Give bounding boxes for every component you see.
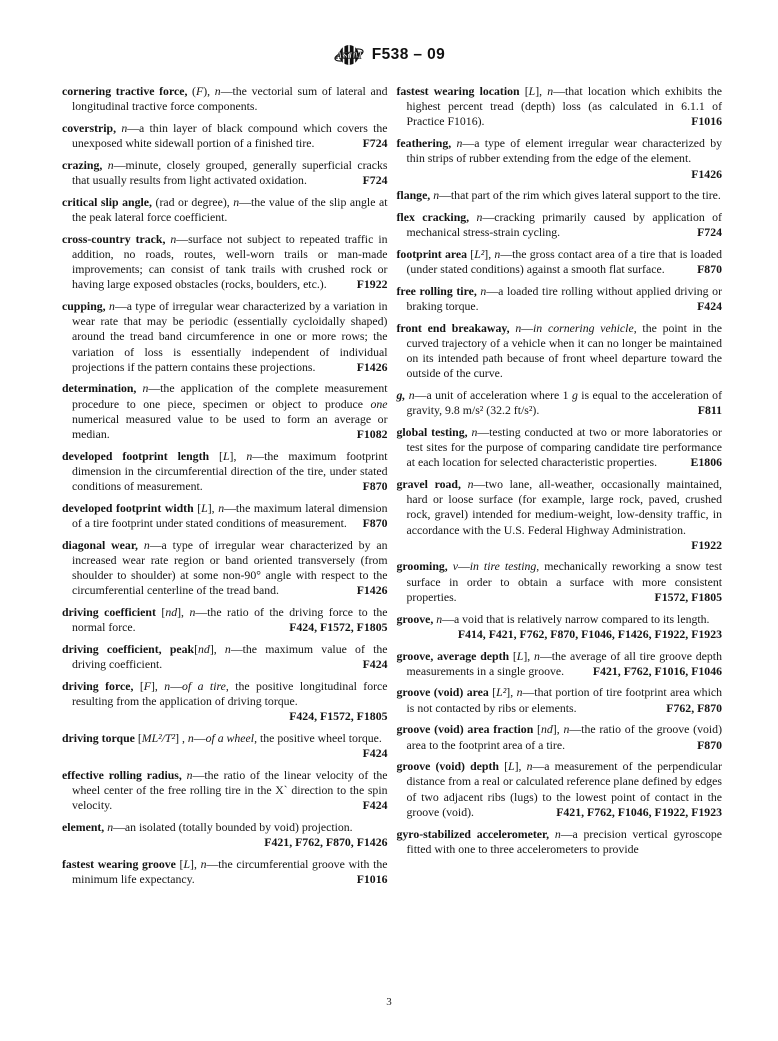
definition-entry: groove (void) depth [L], n—a measurement… bbox=[397, 759, 723, 820]
definition-text: groove (void) area fraction [nd], n—the … bbox=[397, 722, 723, 751]
definition-text: feathering, n—a type of element irregula… bbox=[397, 136, 723, 165]
svg-text:ASTM: ASTM bbox=[335, 51, 362, 61]
definition-text: front end breakaway, n—in cornering vehi… bbox=[397, 321, 723, 381]
definition-entry: flange, n—that part of the rim which giv… bbox=[397, 188, 723, 203]
definition-entry: developed footprint length [L], n—the ma… bbox=[62, 449, 388, 495]
reference-code: F870 bbox=[697, 262, 722, 277]
reference-code: F1016 bbox=[691, 114, 722, 129]
standard-designation: F538 – 09 bbox=[372, 46, 445, 64]
definition-entry: global testing, n—testing conducted at t… bbox=[397, 425, 723, 471]
definition-text: developed footprint length [L], n—the ma… bbox=[62, 449, 388, 493]
definition-text: critical slip angle, (rad or degree), n—… bbox=[62, 195, 388, 224]
definition-entry: g, n—a unit of acceleration where 1 g is… bbox=[397, 388, 723, 418]
definition-entry: gyro-stabilized accelerometer, n—a preci… bbox=[397, 827, 723, 857]
definition-text: effective rolling radius, n—the ratio of… bbox=[62, 768, 388, 812]
definition-entry: diagonal wear, n—a type of irregular wea… bbox=[62, 538, 388, 599]
reference-code: F762, F870 bbox=[666, 701, 722, 716]
definition-entry: determination, n—the application of the … bbox=[62, 381, 388, 442]
definition-entry: driving force, [F], n—of a tire, the pos… bbox=[62, 679, 388, 725]
reference-code: F1922 bbox=[357, 277, 388, 292]
reference-code: E1806 bbox=[691, 455, 722, 470]
reference-code: F724 bbox=[363, 173, 388, 188]
definition-entry: coverstrip, n—a thin layer of black comp… bbox=[62, 121, 388, 151]
definition-text: footprint area [L²], n—the gross contact… bbox=[397, 247, 723, 276]
definition-entry: effective rolling radius, n—the ratio of… bbox=[62, 768, 388, 814]
reference-code: F724 bbox=[363, 136, 388, 151]
reference-code: F870 bbox=[363, 516, 388, 531]
definition-text: cornering tractive force, (F), n—the vec… bbox=[62, 84, 388, 113]
definition-entry: cupping, n—a type of irregular wear char… bbox=[62, 299, 388, 375]
reference-code: F424, F1572, F1805 bbox=[289, 620, 387, 635]
definition-entry: footprint area [L²], n—the gross contact… bbox=[397, 247, 723, 277]
definition-text: gravel road, n—two lane, all-weather, oc… bbox=[397, 477, 723, 537]
definition-text: flange, n—that part of the rim which giv… bbox=[397, 188, 721, 202]
reference-code: F1572, F1805 bbox=[655, 590, 723, 605]
page-number: 3 bbox=[0, 996, 778, 1008]
definition-text: driving torque [ML²/T²] , n—of a wheel, … bbox=[62, 731, 382, 745]
definition-entry: grooming, v—in tire testing, mechanicall… bbox=[397, 559, 723, 605]
definition-text: fastest wearing location [L], n—that loc… bbox=[397, 84, 723, 128]
definition-entry: gravel road, n—two lane, all-weather, oc… bbox=[397, 477, 723, 553]
astm-logo-icon: ASTM bbox=[333, 42, 365, 68]
reference-code: F811 bbox=[698, 403, 722, 418]
reference-code: F1016 bbox=[357, 872, 388, 887]
definition-text: flex cracking, n—cracking primarily caus… bbox=[397, 210, 723, 239]
reference-code: F421, F762, F1046, F1922, F1923 bbox=[556, 805, 722, 820]
definition-text: cupping, n—a type of irregular wear char… bbox=[62, 299, 388, 374]
definition-text: coverstrip, n—a thin layer of black comp… bbox=[62, 121, 388, 150]
reference-code: F414, F421, F762, F870, F1046, F1426, F1… bbox=[458, 627, 722, 642]
definition-text: determination, n—the application of the … bbox=[62, 381, 388, 441]
definition-entry: driving coefficient [nd], n—the ratio of… bbox=[62, 605, 388, 635]
definition-entry: cornering tractive force, (F), n—the vec… bbox=[62, 84, 388, 114]
reference-code: F1426 bbox=[357, 583, 388, 598]
definition-text: element, n—an isolated (totally bounded … bbox=[62, 820, 353, 834]
definition-entry: fastest wearing location [L], n—that loc… bbox=[397, 84, 723, 130]
left-column: cornering tractive force, (F), n—the vec… bbox=[62, 84, 388, 894]
definition-entry: free rolling tire, n—a loaded tire rolli… bbox=[397, 284, 723, 314]
reference-code: F424 bbox=[363, 798, 388, 813]
definition-text: driving coefficient, peak[nd], n—the max… bbox=[62, 642, 388, 671]
definition-text: global testing, n—testing conducted at t… bbox=[397, 425, 723, 469]
definition-entry: front end breakaway, n—in cornering vehi… bbox=[397, 321, 723, 382]
definition-text: crazing, n—minute, closely grouped, gene… bbox=[62, 158, 388, 187]
definition-entry: fastest wearing groove [L], n—the circum… bbox=[62, 857, 388, 887]
reference-code: F1426 bbox=[357, 360, 388, 375]
reference-code: F1082 bbox=[357, 427, 388, 442]
definition-entry: groove (void) area fraction [nd], n—the … bbox=[397, 722, 723, 752]
definition-entry: crazing, n—minute, closely grouped, gene… bbox=[62, 158, 388, 188]
definition-text: g, n—a unit of acceleration where 1 g is… bbox=[397, 388, 723, 417]
definition-entry: driving torque [ML²/T²] , n—of a wheel, … bbox=[62, 731, 388, 761]
reference-code: F870 bbox=[363, 479, 388, 494]
reference-code: F424, F1572, F1805 bbox=[289, 709, 387, 724]
definition-entry: critical slip angle, (rad or degree), n—… bbox=[62, 195, 388, 225]
definition-entry: element, n—an isolated (totally bounded … bbox=[62, 820, 388, 850]
definition-text: groove, n—a void that is relatively narr… bbox=[397, 612, 710, 626]
definition-entry: driving coefficient, peak[nd], n—the max… bbox=[62, 642, 388, 672]
reference-code: F421, F762, F870, F1426 bbox=[264, 835, 387, 850]
definition-entry: developed footprint width [L], n—the max… bbox=[62, 501, 388, 531]
definition-text: diagonal wear, n—a type of irregular wea… bbox=[62, 538, 388, 598]
definition-entry: groove, average depth [L], n—the average… bbox=[397, 649, 723, 679]
reference-code: F1426 bbox=[691, 167, 722, 182]
reference-code: F1922 bbox=[691, 538, 722, 553]
reference-code: F424 bbox=[363, 657, 388, 672]
definition-text: cross-country track, n—surface not subje… bbox=[62, 232, 388, 292]
definition-text: driving force, [F], n—of a tire, the pos… bbox=[62, 679, 388, 708]
definition-entry: flex cracking, n—cracking primarily caus… bbox=[397, 210, 723, 240]
document-page: ASTM F538 – 09 cornering tractive force,… bbox=[0, 0, 778, 1041]
definition-text: free rolling tire, n—a loaded tire rolli… bbox=[397, 284, 723, 313]
definition-entry: groove (void) area [L²], n—that portion … bbox=[397, 685, 723, 715]
reference-code: F870 bbox=[697, 738, 722, 753]
reference-code: F724 bbox=[697, 225, 722, 240]
definition-entry: cross-country track, n—surface not subje… bbox=[62, 232, 388, 293]
definition-text: developed footprint width [L], n—the max… bbox=[62, 501, 387, 530]
definition-entry: groove, n—a void that is relatively narr… bbox=[397, 612, 723, 642]
definition-text: gyro-stabilized accelerometer, n—a preci… bbox=[397, 827, 723, 856]
right-column: fastest wearing location [L], n—that loc… bbox=[397, 84, 723, 894]
reference-code: F424 bbox=[363, 746, 388, 761]
definition-text: fastest wearing groove [L], n—the circum… bbox=[62, 857, 388, 886]
page-header: ASTM F538 – 09 bbox=[0, 42, 778, 68]
reference-code: F421, F762, F1016, F1046 bbox=[593, 664, 722, 679]
definition-entry: feathering, n—a type of element irregula… bbox=[397, 136, 723, 182]
definitions-body: cornering tractive force, (F), n—the vec… bbox=[62, 84, 722, 894]
reference-code: F424 bbox=[697, 299, 722, 314]
